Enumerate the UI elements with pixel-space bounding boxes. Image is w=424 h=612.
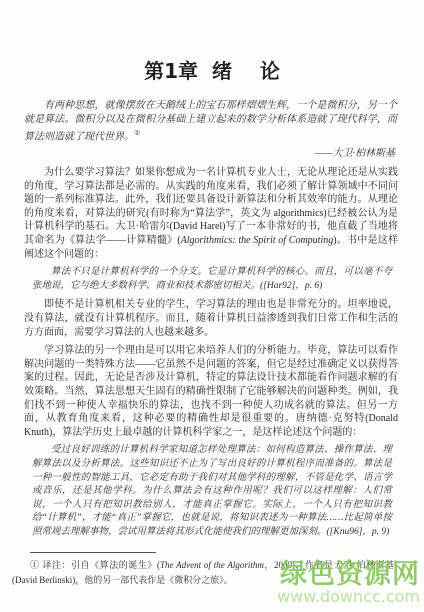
knuth-quote: 受过良好训练的计算机科学家知道怎样处理算法：如何构造算法、操作算法、理解算法以及… [24,439,398,539]
main-text: 为什么要学习算法？如果你想成为一名计算机专业人士，无论从理论还是从实践的角度，学… [24,161,398,539]
book-title-latin: Algorithmics: the Spirit of Computing [181,235,334,246]
watermark-site-url: www.downcc.com [277,589,420,606]
paragraph-analytical-skills: 学习算法的另一个理由是可以用它来培养人们的分析能力。毕竟，算法可以看作解决问题的… [24,339,398,439]
translator-footnote: ① 译注：引自《算法的诞生》(The Advent of the Algorit… [12,558,394,588]
chapter-title: 第1章 绪 论 [0,56,424,86]
epigraph-footnote-mark: ① [134,129,140,137]
epigraph: 有两种思想，就像摆放在天鹅绒上的宝石那样熠熠生辉，一个是微积分，另一个就是算法。… [24,99,397,144]
epigraph-attribution: ——大卫·柏林斯基 [0,147,395,161]
footnote-separator [30,552,156,553]
book-page: 第1章 绪 论 有两种思想，就像摆放在天鹅绒上的宝石那样熠熠生辉，一个是微积分，… [0,0,424,612]
paragraph-why-study-algorithms: 为什么要学习算法？如果你想成为一名计算机专业人士，无论从理论还是从实践的角度，学… [24,161,398,261]
footnote-book-title-latin: The Advent of the Algorithm [160,560,264,570]
harel-quote: 算法不只是计算机科学的一个分支。它是计算机科学的核心。而且，可以毫不夸张地说，它… [24,261,398,293]
paragraph-non-cs-students: 即使不是计算机相关专业的学生，学习算法的理由也是非常充分的。坦率地说，没有算法，… [24,293,398,339]
footnote-text: ① 译注：引自《算法的诞生》( [30,560,160,570]
epigraph-text: 有两种思想，就像摆放在天鹅绒上的宝石那样熠熠生辉，一个是微积分，另一个就是算法。… [24,100,397,142]
